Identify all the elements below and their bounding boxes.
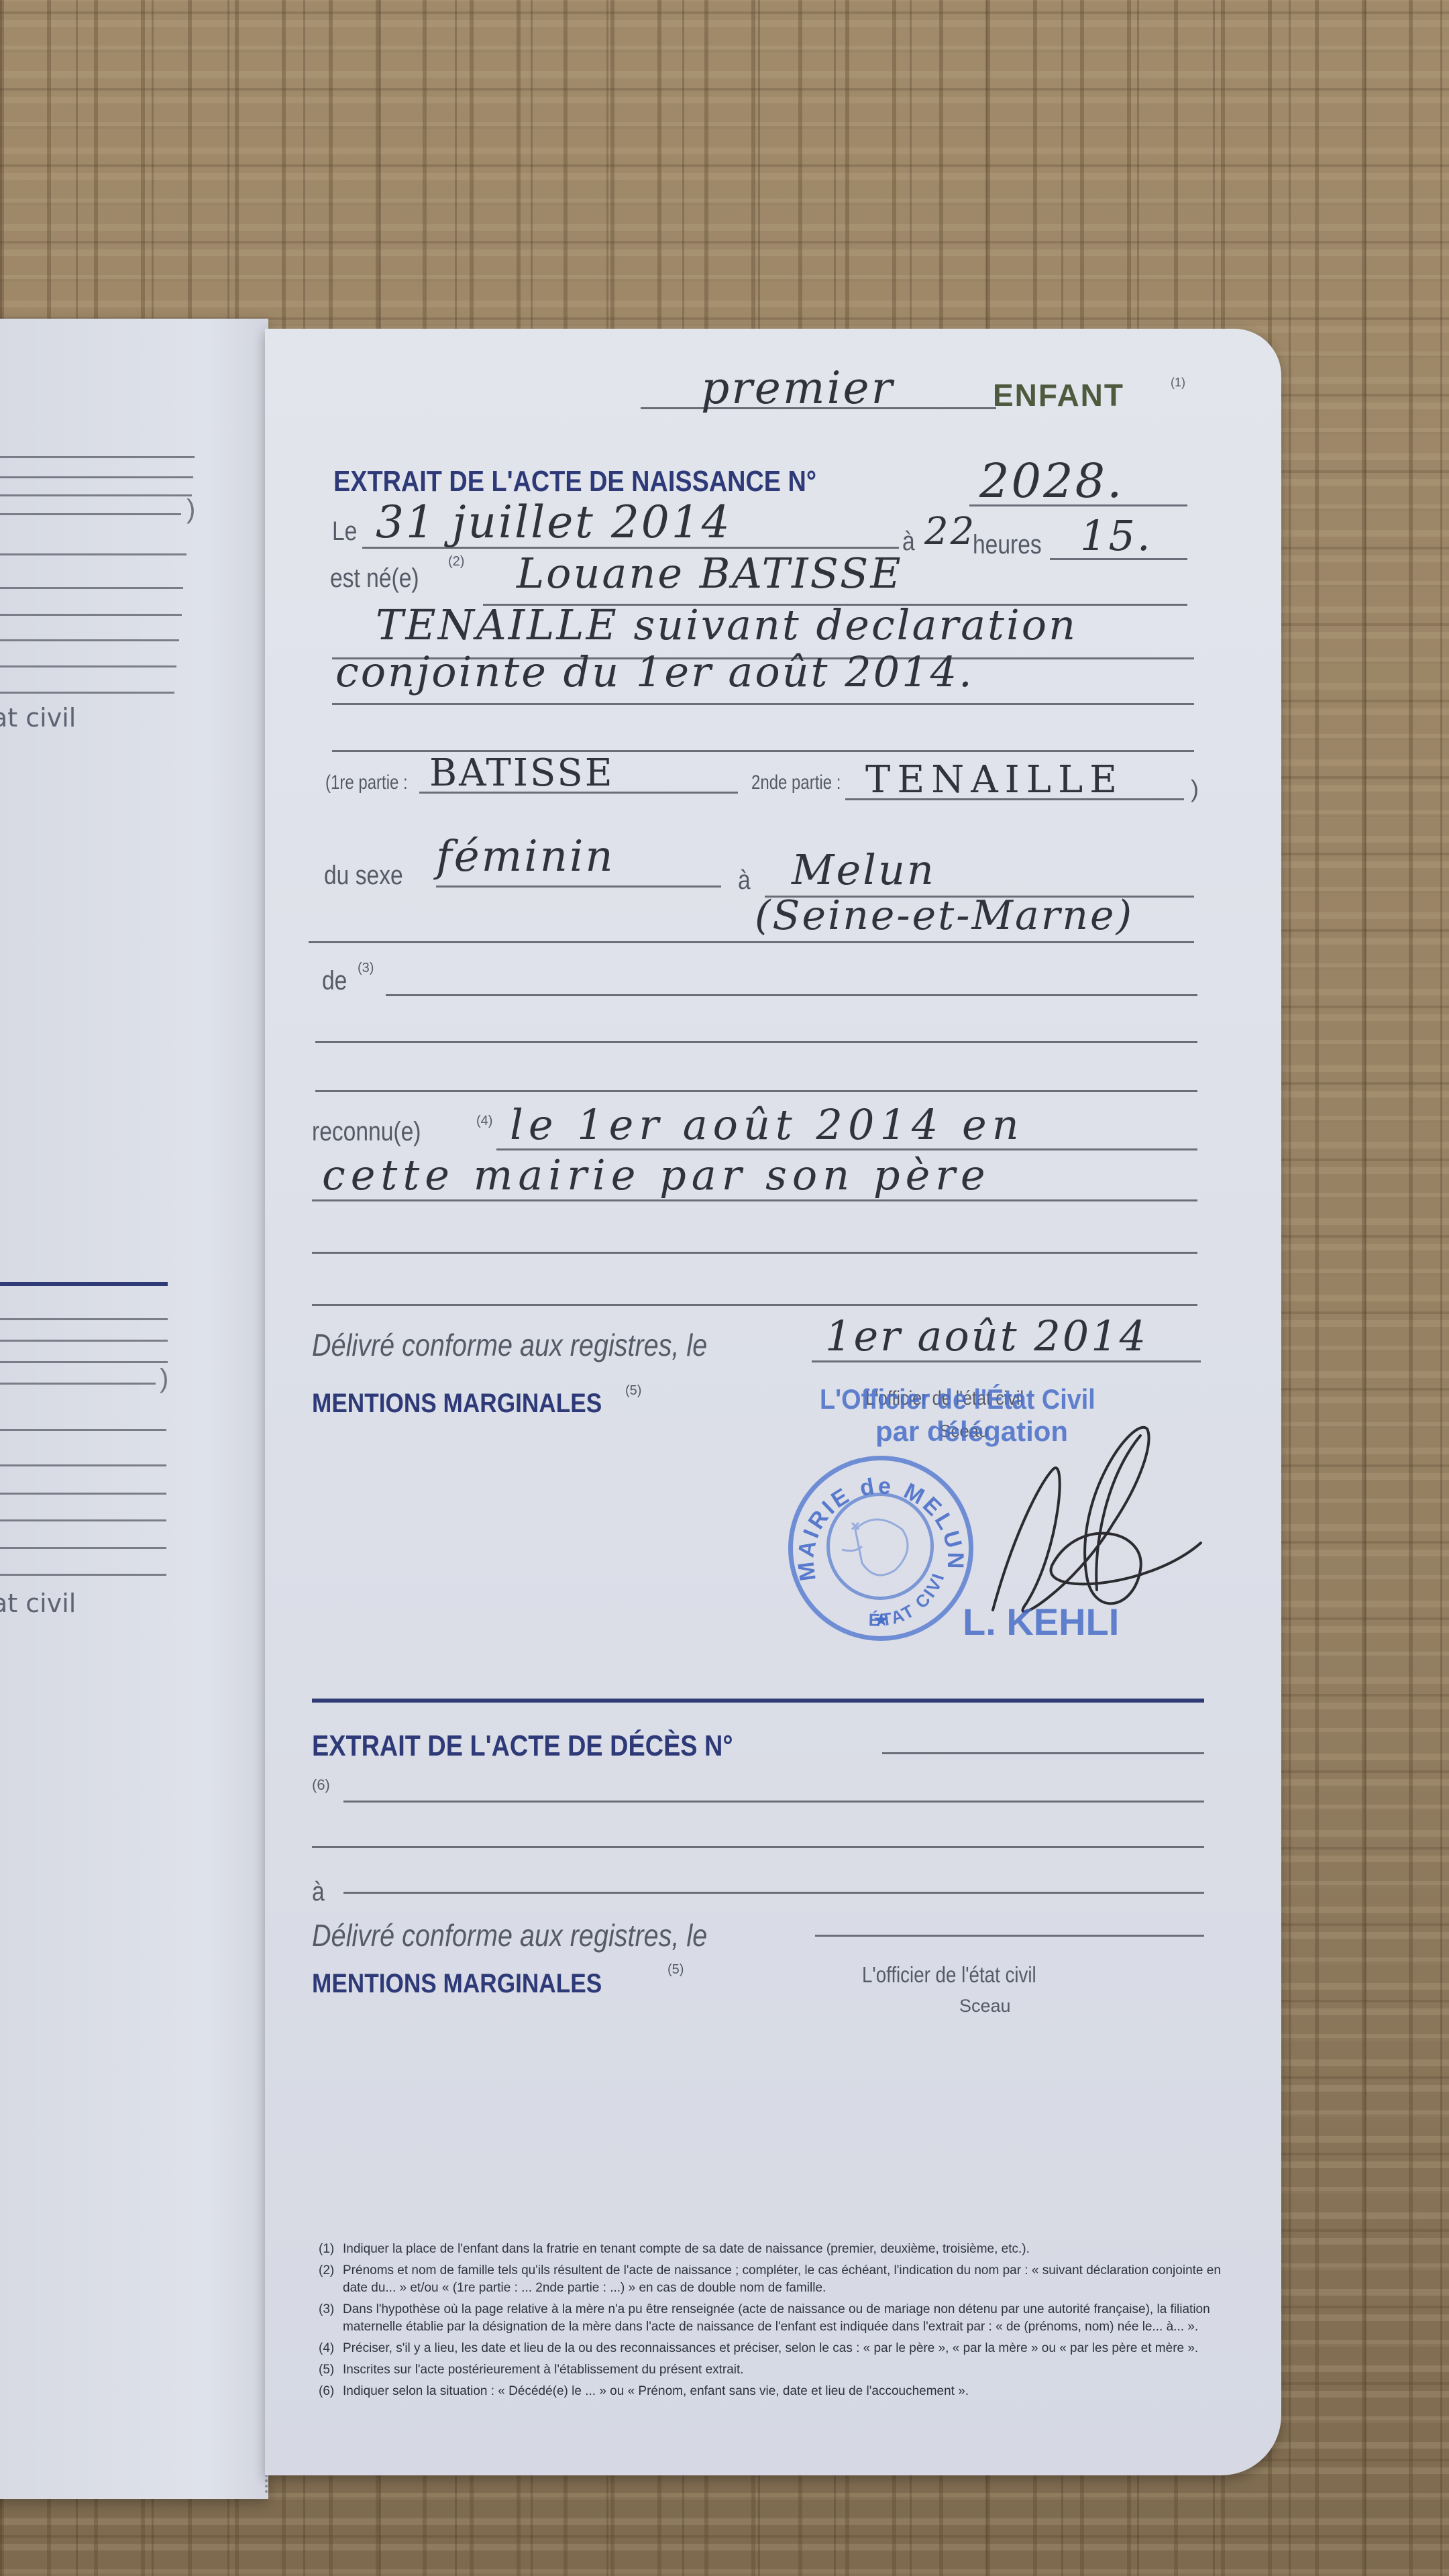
delivered-date: 1er août 2014 [825, 1311, 1148, 1360]
name-line [332, 703, 1194, 705]
blank-line [0, 1493, 166, 1495]
child-name-line3: conjointe du 1er août 2014. [335, 647, 974, 696]
death-place-prefix: à [312, 1877, 325, 1907]
part2-label: 2nde partie : [751, 771, 841, 794]
footnote-text: Inscrites sur l'acte postérieurement à l… [343, 2361, 1238, 2379]
place-prefix: à [738, 865, 751, 896]
parents-label: de [322, 966, 347, 996]
footnote-text: Prénoms et nom de famille tels qu'ils ré… [343, 2262, 1238, 2297]
footnote-number: (4) [319, 2340, 343, 2357]
mentions-marginales-label: MENTIONS MARGINALES [312, 1389, 602, 1419]
footnote-item: (4)Préciser, s'il y a lieu, les date et … [319, 2340, 1238, 2357]
death-place-line [343, 1892, 1204, 1894]
footnote-item: (2)Prénoms et nom de famille tels qu'ils… [319, 2262, 1238, 2297]
place-line1: Melun [792, 845, 936, 894]
blank-line [0, 587, 183, 589]
sex-label: du sexe [324, 861, 403, 891]
death-line [343, 1801, 1204, 1803]
footnote-number: (5) [319, 2361, 343, 2379]
rank-handwritten: premier [701, 362, 894, 414]
birth-minutes: 15. [1080, 511, 1152, 560]
part1-value: BATISSE [429, 751, 614, 795]
stamp-signatory-name: L. KEHLI [963, 1600, 1119, 1644]
footnote-item: (1)Indiquer la place de l'enfant dans la… [319, 2241, 1238, 2258]
recognized-line [312, 1199, 1197, 1201]
recognized-line1: le 1er août 2014 en [510, 1100, 1024, 1149]
blank-line [0, 614, 182, 616]
blank-line [0, 513, 181, 515]
blank-line [0, 1547, 166, 1549]
part2-value: TENAILLE [865, 758, 1124, 802]
date-label: Le [332, 517, 357, 547]
section-rule [0, 1282, 168, 1286]
closing-paren: ) [160, 1364, 168, 1394]
recognized-line2: cette mairie par son père [322, 1150, 991, 1199]
blank-line [0, 1429, 166, 1431]
footnote-item: (5)Inscrites sur l'acte postérieurement … [319, 2361, 1238, 2379]
part-close-paren: ) [1191, 775, 1199, 803]
closing-paren: ) [186, 494, 195, 525]
recognized-label: reconnu(e) [312, 1117, 421, 1147]
recognized-line [312, 1304, 1197, 1306]
officer-label-partial: at civil [0, 1589, 76, 1618]
svg-text:MAIRIE de MELUN: MAIRIE de MELUN [793, 1473, 968, 1582]
birth-date: 31 juillet 2014 [376, 496, 732, 548]
sex-line [436, 885, 721, 888]
officer-label-partial: at civil [0, 703, 76, 733]
signature [979, 1415, 1207, 1630]
act-number: 2028. [979, 453, 1124, 508]
blank-line [0, 1464, 166, 1466]
child-name-line1: Louane BATISSE [517, 549, 903, 598]
blank-line [0, 553, 186, 555]
hours-label: heures [973, 530, 1042, 560]
blank-line [0, 494, 192, 496]
part1-label: (1re partie : [325, 771, 408, 794]
delivered-line [812, 1360, 1201, 1362]
place-line [309, 941, 1194, 943]
blank-line [0, 1361, 168, 1363]
footnotes: (1)Indiquer la place de l'enfant dans la… [319, 2241, 1238, 2404]
death-line [312, 1846, 1204, 1848]
birth-extract-title: EXTRAIT DE L'ACTE DE NAISSANCE N° [333, 465, 816, 498]
stamp-officer-line: L'Officier de l'État Civil [820, 1383, 1095, 1415]
born-label: est né(e) [330, 563, 419, 594]
death-seal-label: Sceau [959, 1996, 1011, 2017]
parents-line [315, 1090, 1197, 1092]
mentions-footnote-ref: (5) [625, 1383, 641, 1399]
child-name-line2: TENAILLE suivant declaration [376, 600, 1077, 649]
blank-line [0, 1318, 168, 1320]
footnote-item: (3)Dans l'hypothèse où la page relative … [319, 2301, 1238, 2336]
death-number-line [882, 1752, 1204, 1754]
footnote-number: (6) [319, 2383, 343, 2400]
death-mentions-footnote-ref: (5) [667, 1962, 684, 1978]
hour-prefix: à [902, 527, 915, 557]
blank-line [0, 1383, 156, 1385]
death-officer-label: L'officier de l'état civil [862, 1962, 1036, 1988]
sex-value: féminin [436, 832, 615, 881]
blank-line [0, 639, 179, 641]
blank-line [0, 692, 174, 694]
blank-line [0, 456, 195, 458]
death-mentions-label: MENTIONS MARGINALES [312, 1969, 602, 1999]
footnote-text: Indiquer selon la situation : « Décédé(e… [343, 2383, 1238, 2400]
death-delivered-label: Délivré conforme aux registres, le [312, 1917, 707, 1953]
enfant-label: ENFANT [993, 377, 1124, 413]
blank-line [0, 1519, 166, 1521]
footnote-number: (1) [319, 2241, 343, 2258]
death-extract-title: EXTRAIT DE L'ACTE DE DÉCÈS N° [312, 1729, 733, 1763]
left-page: ) at civil ) at civil [0, 319, 268, 2499]
parents-footnote-ref: (3) [358, 961, 374, 976]
parents-line [386, 994, 1197, 996]
footnote-number: (2) [319, 2262, 343, 2297]
death-footnote-ref: (6) [312, 1776, 330, 1794]
parents-line [315, 1041, 1197, 1043]
footnote-number: (3) [319, 2301, 343, 2336]
blank-line [0, 1574, 166, 1576]
rank-footnote-ref: (1) [1171, 376, 1185, 390]
footnote-text: Indiquer la place de l'enfant dans la fr… [343, 2241, 1238, 2258]
delivered-label: Délivré conforme aux registres, le [312, 1327, 707, 1363]
place-line2: (Seine-et-Marne) [755, 892, 1134, 939]
birth-hour: 22 [924, 510, 976, 553]
born-footnote-ref: (2) [448, 554, 464, 570]
footnote-text: Dans l'hypothèse où la page relative à l… [343, 2301, 1238, 2336]
blank-line [0, 1340, 168, 1342]
recognized-line [312, 1252, 1197, 1254]
blank-line [0, 476, 193, 478]
blank-line [0, 665, 176, 667]
death-delivered-line [815, 1935, 1204, 1937]
section-divider [312, 1699, 1204, 1703]
footnote-item: (6)Indiquer selon la situation : « Décéd… [319, 2383, 1238, 2400]
star-icon: ★ [873, 1609, 890, 1631]
footnote-text: Préciser, s'il y a lieu, les date et lie… [343, 2340, 1238, 2357]
recognized-footnote-ref: (4) [476, 1114, 492, 1129]
